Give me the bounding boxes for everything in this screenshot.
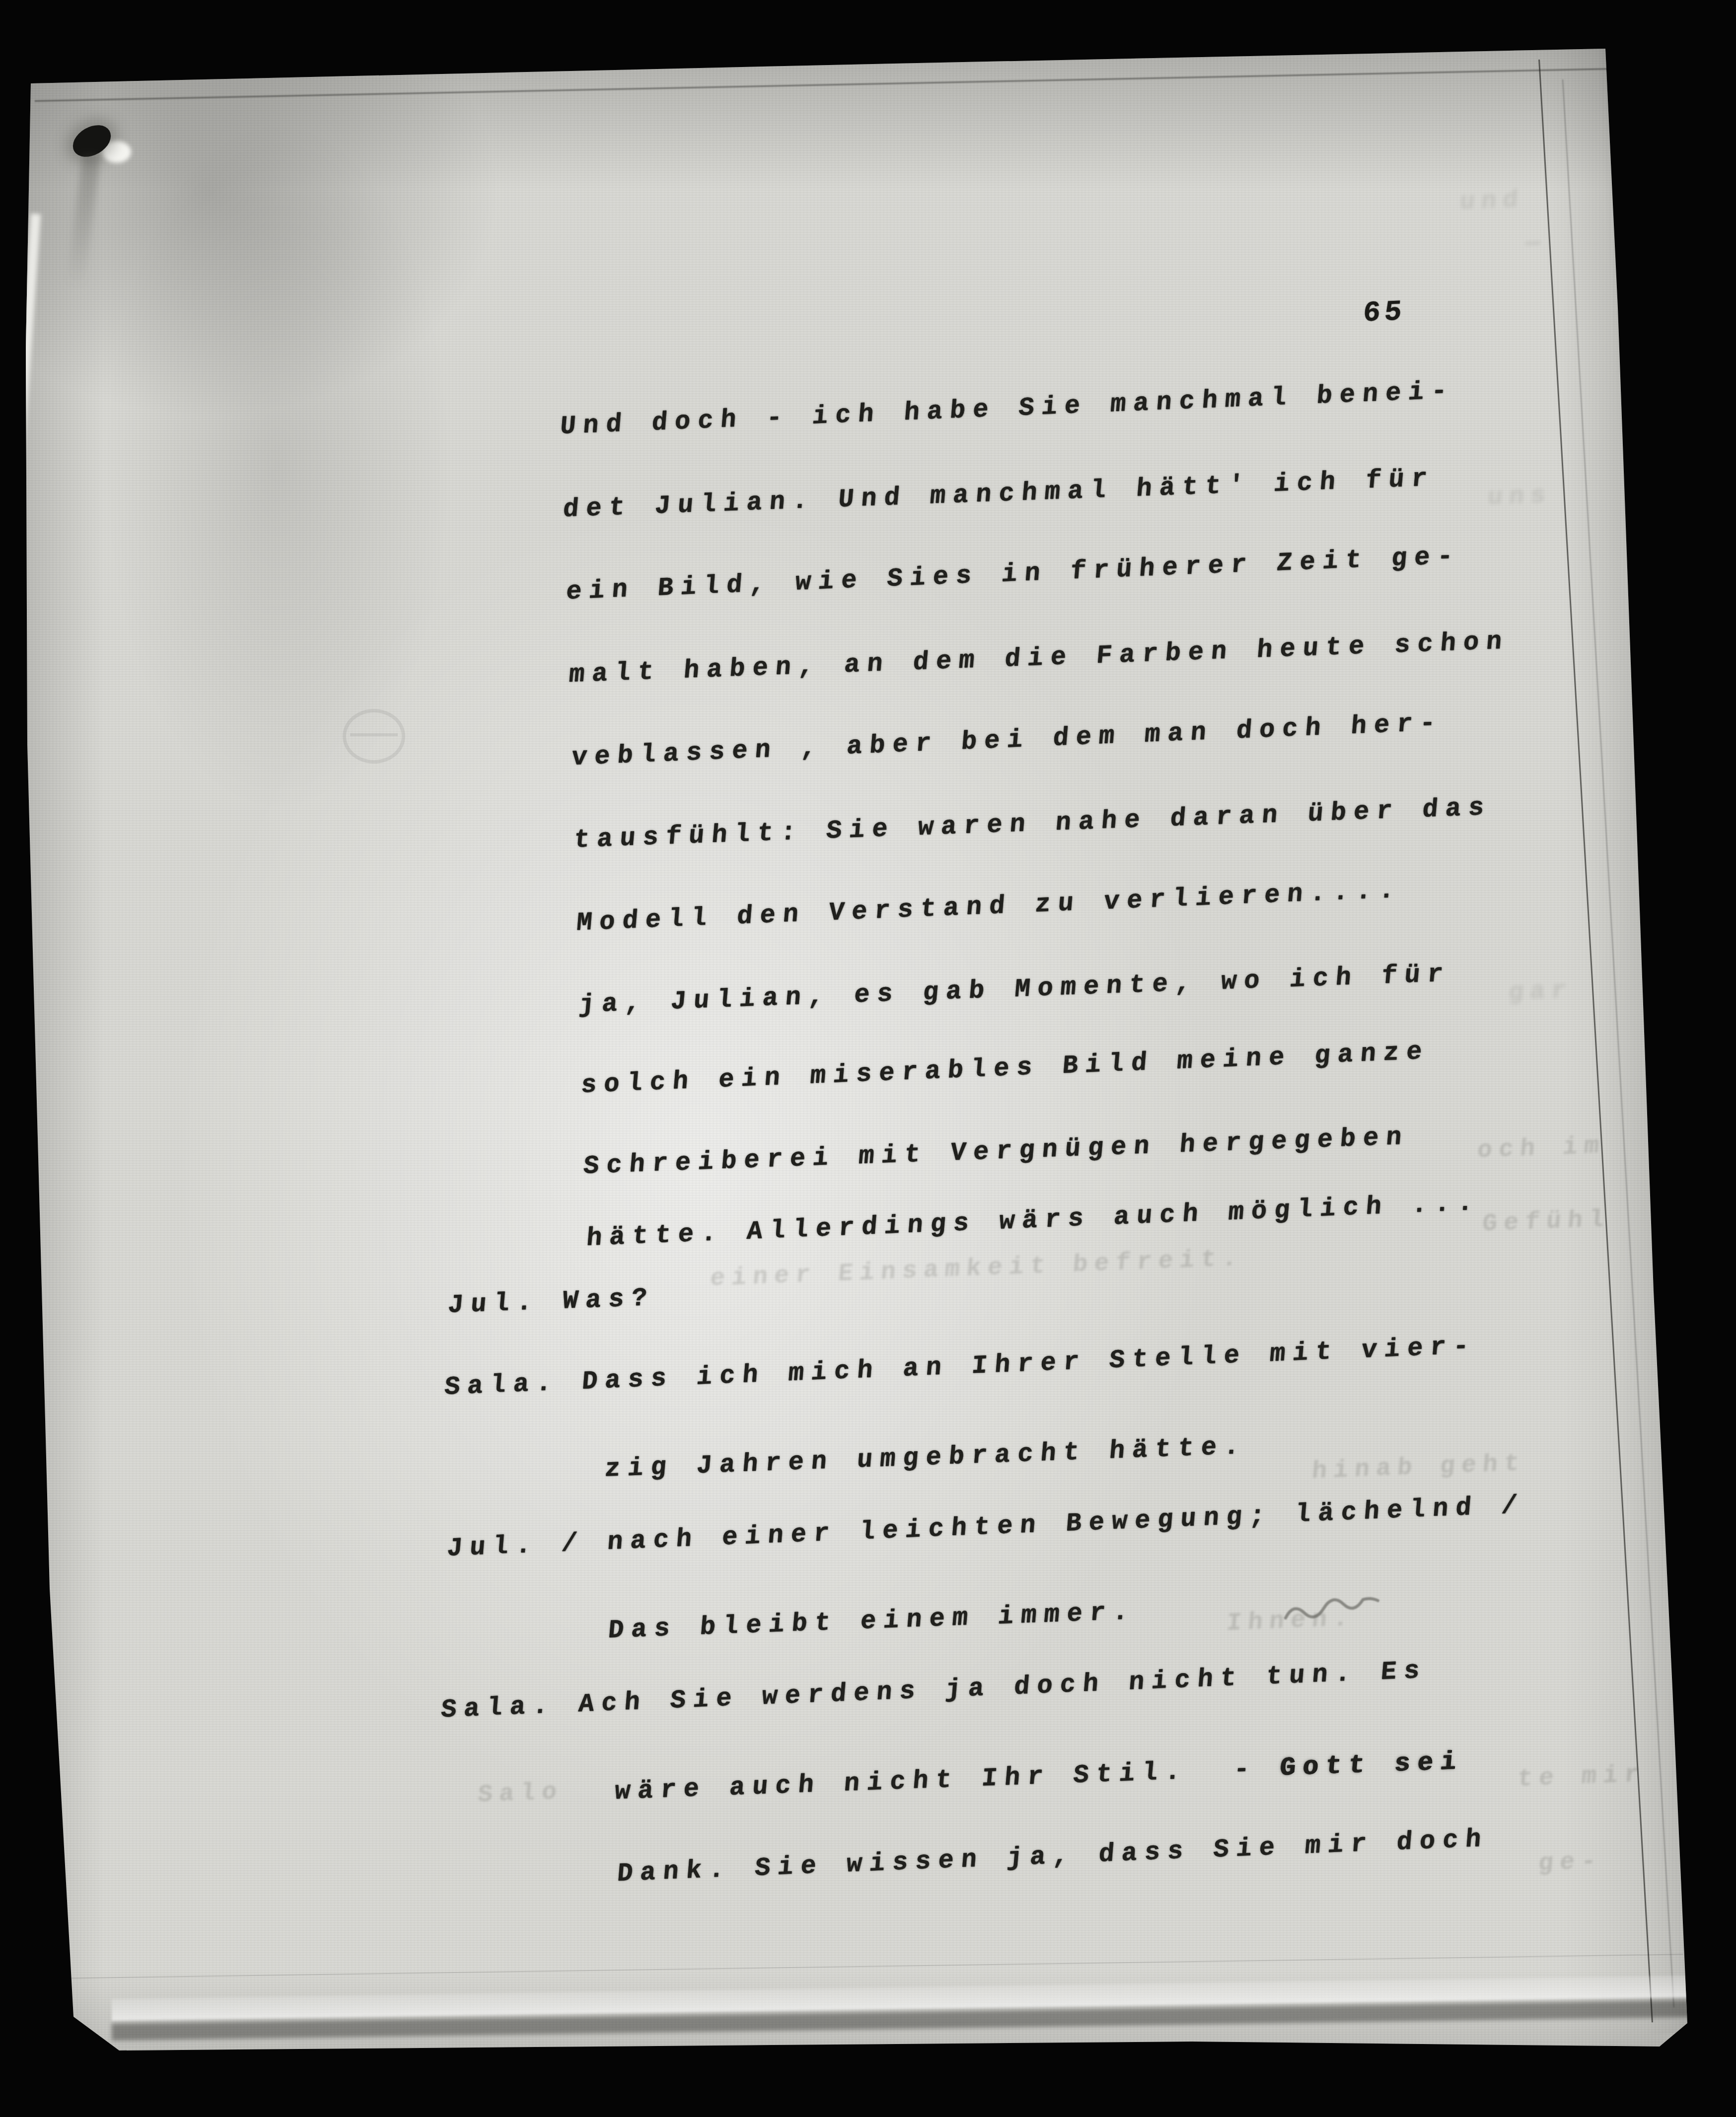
ghost-text: hinab geht [1311,1449,1527,1486]
line-text: malt haben, an dem die Farben heute scho… [568,627,1510,690]
typescript-line: Jul. / nach einer leichten Bewegung; läc… [446,1491,1526,1563]
line-text: zig Jahren umgebracht hätte. [603,1432,1248,1484]
ghost-text: ge- [1537,1847,1604,1878]
line-text: solch ein miserables Bild meine ganze [580,1037,1431,1100]
line-text: Und doch - ich habe Sie manchmal benei- [559,376,1455,442]
typescript-line: ein Bild, wie Sies in früherer Zeit ge- [565,542,1461,607]
ghost-text: uns [1487,482,1553,512]
line-text: veblassen , aber bei dem man doch her- [571,708,1444,773]
typescript-line: det Julian. Und manchmal hätt' ich für [562,464,1436,524]
manuscript-page: 65 und — uns gar och im Gefühl einer Ein… [0,0,1736,2117]
line-text: Sala. Dass ich mich an Ihrer Stelle mit … [443,1331,1477,1402]
punch-hole-smudge [67,153,101,288]
pencil-squiggle [1281,1589,1387,1631]
typescript-line: Schreiberei mit Vergnügen hergegeben [582,1122,1410,1181]
bottom-crease-line [55,1954,1683,1979]
typescript-line: Sala. Dass ich mich an Ihrer Stelle mit … [443,1331,1477,1402]
scan-background: 65 und — uns gar och im Gefühl einer Ein… [0,0,1736,2117]
ghost-text: te mir [1517,1761,1647,1794]
line-text: tausfühlt: Sie waren nahe daran über das [573,793,1492,855]
ghost-text: Gefühl [1481,1205,1612,1239]
typescript-line: Das bleibt einem immer. [607,1597,1137,1645]
line-text: Dank. Sie wissen ja, dass Sie mir doch [616,1824,1490,1889]
line-text: Sala. Ach Sie werdens ja doch nicht tun.… [440,1656,1428,1725]
watermark-circle [343,709,405,764]
line-text: Jul. / nach einer leichten Bewegung; läc… [446,1491,1526,1563]
page-number: 65 [1362,296,1407,330]
ghost-text: och im [1476,1132,1607,1165]
line-text: Modell den Verstand zu verlieren.... [576,875,1403,938]
typescript-line: ja, Julian, es gab Momente, wo ich für [578,959,1451,1020]
line-text: hätte. Allerdings wärs auch möglich ... [585,1188,1482,1254]
typescript-line: veblassen , aber bei dem man doch her- [571,708,1444,773]
typescript-line: tausfühlt: Sie waren nahe daran über das [573,793,1492,855]
ghost-text: einer Einsamkeit befreit. [709,1245,1245,1293]
typescript-line: zig Jahren umgebracht hätte. [603,1432,1248,1484]
line-text: wäre auch nicht Ihr Stil. - [613,1754,1281,1807]
ghost-text: — [1524,228,1548,258]
line-text: ja, Julian, es gab Momente, wo ich für [578,959,1451,1020]
typescript-line: malt haben, an dem die Farben heute scho… [568,627,1510,690]
line-text: Schreiberei mit Vergnügen hergegeben [582,1122,1410,1181]
typescript-line: hätte. Allerdings wärs auch möglich ... [585,1188,1482,1254]
line-text-bold: Gott sei [1279,1747,1465,1783]
ghost-text: Salo [477,1778,565,1810]
typescript-line: Dank. Sie wissen ja, dass Sie mir doch [616,1824,1490,1889]
line-text: ein Bild, wie Sies in früherer Zeit ge- [565,542,1461,607]
typescript-line: solch ein miserables Bild meine ganze [580,1037,1431,1100]
page-stack-fore-edge [1532,38,1736,2035]
top-crease-line [35,68,1608,102]
line-text: Jul. Was? [446,1283,655,1320]
left-edge-curl [13,213,41,472]
typescript-line: Sala. Ach Sie werdens ja doch nicht tun.… [440,1656,1428,1725]
typescript-line: Und doch - ich habe Sie manchmal benei- [559,376,1455,442]
line-text: det Julian. Und manchmal hätt' ich für [562,464,1436,524]
line-text: Das bleibt einem immer. [607,1597,1137,1645]
ghost-text: gar [1508,977,1574,1007]
ghost-text: und [1459,186,1525,217]
typescript-line: Modell den Verstand zu verlieren.... [576,875,1403,938]
typescript-line: Jul. Was? [446,1283,655,1320]
typescript-line: wäre auch nicht Ihr Stil. - Gott sei [613,1747,1464,1807]
